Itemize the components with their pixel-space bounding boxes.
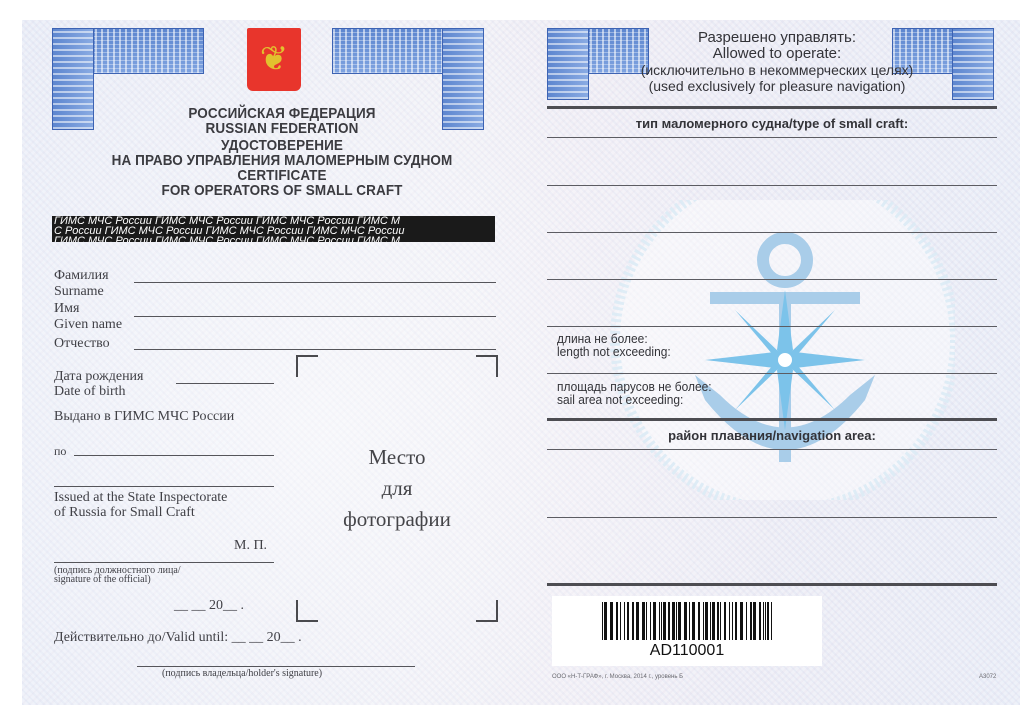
official-signature-field[interactable] bbox=[54, 562, 274, 563]
form-code: А3072 bbox=[979, 674, 996, 680]
certificate-sheet: ❦ РОССИЙСКАЯ ФЕДЕРАЦИЯ RUSSIAN FEDERATIO… bbox=[22, 20, 1020, 705]
printer-imprint: ООО «Н-Т-ГРАФ», г. Москва, 2014 г., уров… bbox=[552, 674, 683, 680]
header-divider bbox=[547, 106, 997, 109]
po-label: по bbox=[54, 444, 66, 459]
bottom-divider bbox=[547, 583, 997, 586]
issued-label-en-1: Issued at the State Inspectorate bbox=[54, 490, 227, 505]
guilloche-corner-top-left-leg bbox=[547, 28, 589, 100]
photo-corner-bottom-right bbox=[476, 600, 498, 622]
dob-field[interactable] bbox=[176, 383, 274, 384]
dob-label-en: Date of birth bbox=[54, 384, 126, 399]
craft-type-line-4[interactable] bbox=[547, 279, 997, 280]
issued-label-ru: Выдано в ГИМС МЧС России bbox=[54, 409, 234, 424]
russian-coat-of-arms-icon: ❦ bbox=[247, 28, 301, 91]
note-en: (used exclusively for pleasure navigatio… bbox=[607, 79, 947, 94]
note-ru: (исключительно в некоммерческих целях) bbox=[607, 63, 947, 78]
issued-by-field[interactable] bbox=[74, 455, 274, 456]
allowed-en: Allowed to operate: bbox=[607, 46, 947, 61]
craft-type-line-5[interactable] bbox=[547, 326, 997, 327]
sail-label-en: sail area not exceeding: bbox=[557, 393, 683, 406]
sail-area-divider bbox=[547, 418, 997, 421]
photo-placeholder-line: для bbox=[322, 473, 472, 504]
photo-corner-top-right bbox=[476, 355, 498, 377]
dob-label-ru: Дата рождения bbox=[54, 369, 144, 384]
craft-type-label: тип маломерного судна/type of small craf… bbox=[547, 116, 997, 131]
surname-label-en: Surname bbox=[54, 284, 104, 299]
photo-placeholder-line: фотографии bbox=[322, 504, 472, 535]
craft-type-line-2[interactable] bbox=[547, 185, 997, 186]
barcode-icon bbox=[602, 602, 777, 640]
given-name-label-ru: Имя bbox=[54, 301, 79, 316]
issue-date-field[interactable]: __ __ 20__ . bbox=[174, 598, 244, 613]
length-field[interactable] bbox=[547, 373, 997, 374]
length-label-en: length not exceeding: bbox=[557, 345, 671, 358]
title-ru-1: УДОСТОВЕРЕНИЕ bbox=[84, 138, 480, 153]
official-signature-label-en: signature of the official) bbox=[54, 575, 151, 585]
navigation-area-label: район плавания/navigation area: bbox=[547, 428, 997, 443]
valid-until-field[interactable]: Действительно до/Valid until: __ __ 20__… bbox=[54, 630, 302, 645]
holder-signature-label: (подпись владельца/holder's signature) bbox=[162, 669, 322, 679]
patronymic-field[interactable] bbox=[134, 349, 496, 350]
security-band-row: ГИМС МЧС России ГИМС МЧС России ГИМС МЧС… bbox=[52, 236, 495, 242]
given-name-field[interactable] bbox=[134, 316, 496, 317]
guilloche-corner-top-right-leg bbox=[952, 28, 994, 100]
surname-label-ru: Фамилия bbox=[54, 268, 109, 283]
title-en-2: FOR OPERATORS OF SMALL CRAFT bbox=[84, 183, 480, 198]
barcode: AD110001 bbox=[552, 596, 822, 666]
craft-type-line-3[interactable] bbox=[547, 232, 997, 233]
issued-label-en-2: of Russia for Small Craft bbox=[54, 505, 195, 520]
photo-placeholder-line: Место bbox=[322, 442, 472, 473]
title-en-1: CERTIFICATE bbox=[84, 168, 480, 183]
navigation-area-line-2[interactable] bbox=[547, 517, 997, 518]
photo-corner-top-left bbox=[296, 355, 318, 377]
country-ru: РОССИЙСКАЯ ФЕДЕРАЦИЯ bbox=[84, 106, 480, 121]
stamp-place-label: М. П. bbox=[234, 538, 267, 553]
allowed-ru: Разрешено управлять: bbox=[607, 30, 947, 45]
holder-signature-field[interactable] bbox=[137, 666, 415, 667]
country-en: RUSSIAN FEDERATION bbox=[84, 121, 480, 136]
issued-by-field-2[interactable] bbox=[54, 486, 274, 487]
given-name-label-en: Given name bbox=[54, 317, 122, 332]
navigation-area-line-1[interactable] bbox=[547, 449, 997, 450]
surname-field[interactable] bbox=[134, 282, 496, 283]
right-page: Разрешено управлять: Allowed to operate:… bbox=[527, 20, 1020, 705]
security-band: ГИМС МЧС России ГИМС МЧС России ГИМС МЧС… bbox=[52, 216, 495, 242]
title-ru-2: НА ПРАВО УПРАВЛЕНИЯ МАЛОМЕРНЫМ СУДНОМ bbox=[84, 153, 480, 168]
photo-corner-bottom-left bbox=[296, 600, 318, 622]
left-page: ❦ РОССИЙСКАЯ ФЕДЕРАЦИЯ RUSSIAN FEDERATIO… bbox=[22, 20, 522, 705]
barcode-number: AD110001 bbox=[552, 642, 822, 660]
photo-placeholder[interactable]: Место для фотографии bbox=[322, 442, 472, 535]
patronymic-label: Отчество bbox=[54, 336, 110, 351]
craft-type-line-1[interactable] bbox=[547, 137, 997, 138]
